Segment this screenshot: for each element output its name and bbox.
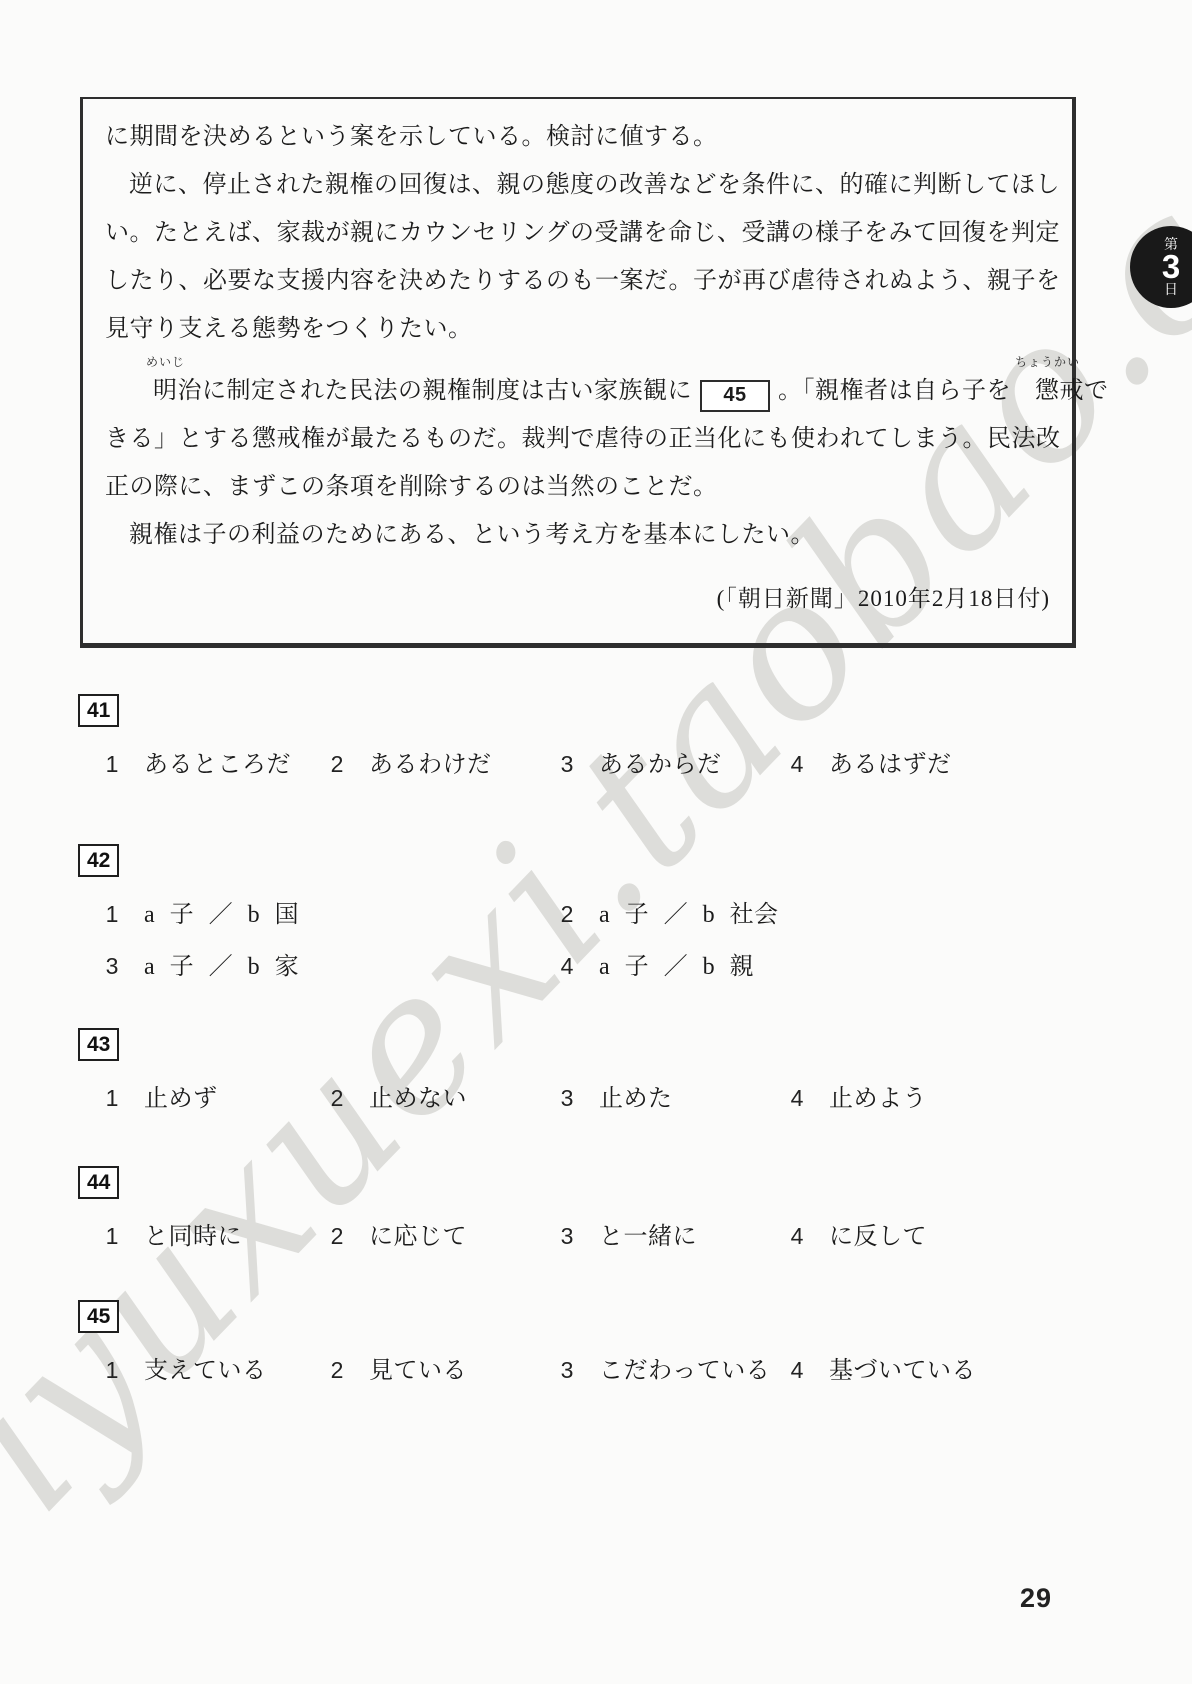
answer-option: 2見ている (329, 1353, 559, 1391)
option-text: に反して (829, 1224, 927, 1250)
answer-option: 2止めない (329, 1081, 559, 1119)
passage-line: したり、必要な支援内容を決めたりするのも一案だ。子が再び虐待されぬよう、親子を (105, 257, 1054, 305)
option-text: 見ている (369, 1358, 467, 1384)
option-text: a 子 ／ b 親 (599, 954, 754, 980)
passage-text: で (1084, 378, 1109, 404)
option-number: 2 (329, 1219, 345, 1253)
passage-text: に制定された民法の親権制度は古い家族観に (202, 378, 692, 404)
answer-option: 3止めた (559, 1081, 789, 1119)
question-number-box: 43 (78, 1028, 119, 1061)
option-text: に応じて (369, 1224, 467, 1250)
passage-line: 正の際に、まずこの条項を削除するのは当然のことだ。 (105, 463, 1054, 511)
furigana: めいじ (129, 355, 202, 369)
answer-option: 2あるわけだ (329, 747, 559, 785)
day-tab-number: 3 (1162, 252, 1180, 282)
option-number: 1 (104, 1081, 120, 1115)
scanned-test-page: riyuxuexi.taobao.com に期間を決めるという案を示している。検… (0, 0, 1192, 1684)
answer-option: 2に応じて (329, 1219, 559, 1257)
option-list: 1と同時に2に応じて3と一緒に4に反して (104, 1219, 1078, 1257)
option-text: こだわっている (599, 1358, 770, 1384)
option-text: a 子 ／ b 国 (144, 902, 299, 928)
passage-line: 逆に、停止された親権の回復は、親の態度の改善などを条件に、的確に判断してほし (105, 161, 1054, 209)
question-43: 431止めず2止めない3止めた4止めよう (78, 1028, 1078, 1119)
passage-text: い。たとえば、家裁が親にカウンセリングの受講を命じ、受講の様子をみて回復を判定 (105, 220, 1060, 246)
option-text: a 子 ／ b 家 (144, 954, 299, 980)
question-44: 441と同時に2に応じて3と一緒に4に反して (78, 1166, 1078, 1257)
option-text: と一緒に (599, 1224, 697, 1250)
option-text: 止めず (144, 1086, 218, 1112)
option-text: 基づいている (829, 1358, 976, 1384)
answer-option: 2a 子 ／ b 社会 (559, 897, 1078, 935)
passage-text: に期間を決めるという案を示している。検討に値する。 (105, 124, 718, 150)
answer-option: 4に反して (789, 1219, 1078, 1257)
option-number: 3 (559, 1081, 575, 1115)
option-number: 4 (789, 1081, 805, 1115)
inline-blank-box: 45 (700, 380, 770, 412)
passage-lines: に期間を決めるという案を示している。検討に値する。逆に、停止された親権の回復は、… (105, 113, 1054, 559)
question-45: 451支えている2見ている3こだわっている4基づいている (78, 1300, 1078, 1391)
passage-text: したり、必要な支援内容を決めたりするのも一案だ。子が再び虐待されぬよう、親子を (105, 268, 1061, 294)
option-list: 1a 子 ／ b 国2a 子 ／ b 社会3a 子 ／ b 家4a 子 ／ b … (104, 897, 1078, 987)
option-text: あるからだ (599, 752, 722, 778)
option-number: 2 (329, 747, 345, 781)
option-text: あるところだ (144, 752, 291, 778)
option-list: 1あるところだ2あるわけだ3あるからだ4あるはずだ (104, 747, 1078, 785)
question-number-box: 42 (78, 844, 119, 877)
answer-option: 1a 子 ／ b 国 (104, 897, 559, 935)
option-number: 3 (559, 747, 575, 781)
option-number: 4 (559, 949, 575, 983)
option-number: 2 (329, 1081, 345, 1115)
option-text: a 子 ／ b 社会 (599, 902, 779, 928)
ruby-base: 懲戒 (1035, 378, 1084, 404)
answer-option: 4止めよう (789, 1081, 1078, 1119)
option-number: 3 (559, 1353, 575, 1387)
answer-option: 3こだわっている (559, 1353, 789, 1391)
option-text: 支えている (144, 1358, 267, 1384)
ruby-base: 明治 (153, 378, 202, 404)
option-number: 2 (329, 1353, 345, 1387)
option-list: 1止めず2止めない3止めた4止めよう (104, 1081, 1078, 1119)
question-number-box: 45 (78, 1300, 119, 1333)
option-number: 1 (104, 1219, 120, 1253)
option-number: 4 (789, 1219, 805, 1253)
answer-option: 1支えている (104, 1353, 329, 1391)
answer-option: 4基づいている (789, 1353, 1078, 1391)
option-number: 2 (559, 897, 575, 931)
passage-line: い。たとえば、家裁が親にカウンセリングの受講を命じ、受講の様子をみて回復を判定 (105, 209, 1054, 257)
day-tab-suffix: 日 (1164, 282, 1178, 297)
option-number: 3 (104, 949, 120, 983)
passage-line: 見守り支える態勢をつくりたい。 (105, 305, 1054, 353)
question-number-box: 41 (78, 694, 119, 727)
option-number: 4 (789, 1353, 805, 1387)
furigana: ちょうかい (1011, 355, 1084, 369)
ruby-text: めいじ明治 (129, 367, 202, 415)
option-number: 4 (789, 747, 805, 781)
passage-citation: (「朝日新聞」2010年2月18日付) (105, 581, 1054, 617)
passage-text: 親権は子の利益のためにある、という考え方を基本にしたい。 (129, 522, 815, 548)
passage-text: 見守り支える態勢をつくりたい。 (105, 316, 473, 342)
option-list: 1支えている2見ている3こだわっている4基づいている (104, 1353, 1078, 1391)
passage-line: に期間を決めるという案を示している。検討に値する。 (105, 113, 1054, 161)
passage-line: きる」とする懲戒権が最たるものだ。裁判で虐待の正当化にも使われてしまう。民法改 (105, 415, 1054, 463)
option-number: 1 (104, 897, 120, 931)
option-number: 3 (559, 1219, 575, 1253)
option-text: 止めない (369, 1086, 467, 1112)
option-number: 1 (104, 1353, 120, 1387)
answer-option: 3あるからだ (559, 747, 789, 785)
option-text: あるわけだ (369, 752, 492, 778)
answer-option: 3a 子 ／ b 家 (104, 949, 559, 987)
question-41: 411あるところだ2あるわけだ3あるからだ4あるはずだ (78, 694, 1078, 785)
passage-text: 正の際に、まずこの条項を削除するのは当然のことだ。 (105, 474, 718, 500)
option-number: 1 (104, 747, 120, 781)
question-42: 421a 子 ／ b 国2a 子 ／ b 社会3a 子 ／ b 家4a 子 ／ … (78, 844, 1078, 987)
answer-option: 1止めず (104, 1081, 329, 1119)
answer-option: 4あるはずだ (789, 747, 1078, 785)
option-text: と同時に (144, 1224, 242, 1250)
option-text: あるはずだ (829, 752, 952, 778)
reading-passage-box: に期間を決めるという案を示している。検討に値する。逆に、停止された親権の回復は、… (80, 97, 1076, 648)
passage-line: めいじ明治に制定された民法の親権制度は古い家族観に45。「親権者は自ら子をちょう… (105, 367, 1054, 415)
passage-text: 。「親権者は自ら子を (778, 378, 1011, 404)
answer-option: 3と一緒に (559, 1219, 789, 1257)
option-text: 止めた (599, 1086, 673, 1112)
answer-option: 1あるところだ (104, 747, 329, 785)
answer-option: 4a 子 ／ b 親 (559, 949, 1078, 987)
option-text: 止めよう (829, 1086, 927, 1112)
passage-text: きる」とする懲戒権が最たるものだ。裁判で虐待の正当化にも使われてしまう。民法改 (105, 426, 1061, 452)
page-number: 29 (1020, 1583, 1052, 1614)
passage-line: 親権は子の利益のためにある、という考え方を基本にしたい。 (105, 511, 1054, 559)
question-number-box: 44 (78, 1166, 119, 1199)
ruby-text: ちょうかい懲戒 (1011, 367, 1084, 415)
passage-text: 逆に、停止された親権の回復は、親の態度の改善などを条件に、的確に判断してほし (129, 172, 1060, 198)
answer-option: 1と同時に (104, 1219, 329, 1257)
